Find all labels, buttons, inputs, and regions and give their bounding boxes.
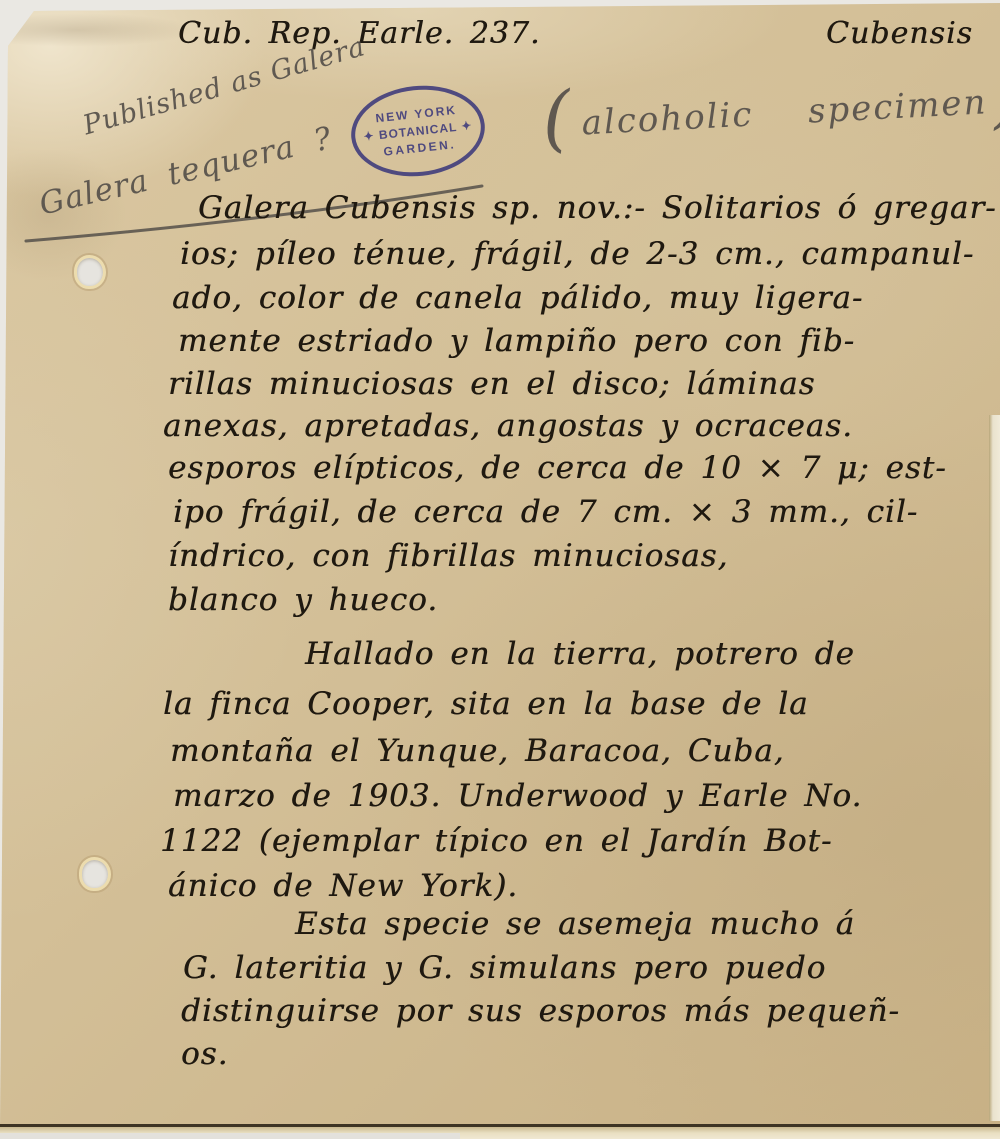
manuscript-line: índrico, con fibrillas minuciosas, [168, 538, 728, 575]
manuscript-line: ado, color de canela pálido, muy ligera- [172, 280, 863, 317]
manuscript-line: Esta specie se asemeja mucho á [295, 906, 855, 943]
manuscript-line: esporos elípticos, de cerca de 10 × 7 μ;… [168, 450, 947, 487]
manuscript-line: ios; píleo ténue, frágil, de 2-3 cm., ca… [180, 236, 974, 273]
manuscript-line: blanco y hueco. [168, 582, 438, 619]
scan-background: { "document": { "colors": { "paper": "#d… [0, 0, 1000, 1139]
punch-hole-bottom [79, 857, 111, 891]
manuscript-page: Cub. Rep. Earle. 237. Cubensis NEW YORK … [0, 0, 1000, 1139]
manuscript-line: ánico de New York). [168, 868, 518, 905]
manuscript-line: la finca Cooper, sita en la base de la [163, 686, 809, 723]
manuscript-line: marzo de 1903. Underwood y Earle No. [173, 778, 862, 815]
manuscript-line: anexas, apretadas, angostas y ocraceas. [163, 408, 853, 445]
manuscript-line: mente estriado y lampiño pero con fib- [178, 323, 855, 360]
manuscript-line: Galera Cubensis sp. nov.:- Solitarios ó … [198, 190, 997, 227]
manuscript-line: ipo frágil, de cerca de 7 cm. × 3 mm., c… [173, 494, 918, 531]
manuscript-line: montaña el Yunque, Baracoa, Cuba, [170, 733, 785, 770]
page-right-edge [989, 415, 1000, 1121]
punch-hole-top [74, 255, 106, 289]
manuscript-line: distinguirse por sus esporos más pequeñ- [181, 993, 900, 1030]
manuscript-line: Hallado en la tierra, potrero de [305, 636, 855, 673]
scanner-background-strip [0, 1133, 460, 1139]
manuscript-body: Galera Cubensis sp. nov.:- Solitarios ó … [0, 0, 1000, 1139]
manuscript-line: G. lateritia y G. simulans pero puedo [183, 950, 826, 987]
manuscript-line: rillas minuciosas en el disco; láminas [168, 366, 815, 403]
manuscript-line: 1122 (ejemplar típico en el Jardín Bot- [160, 823, 832, 860]
manuscript-line: os. [181, 1036, 228, 1073]
